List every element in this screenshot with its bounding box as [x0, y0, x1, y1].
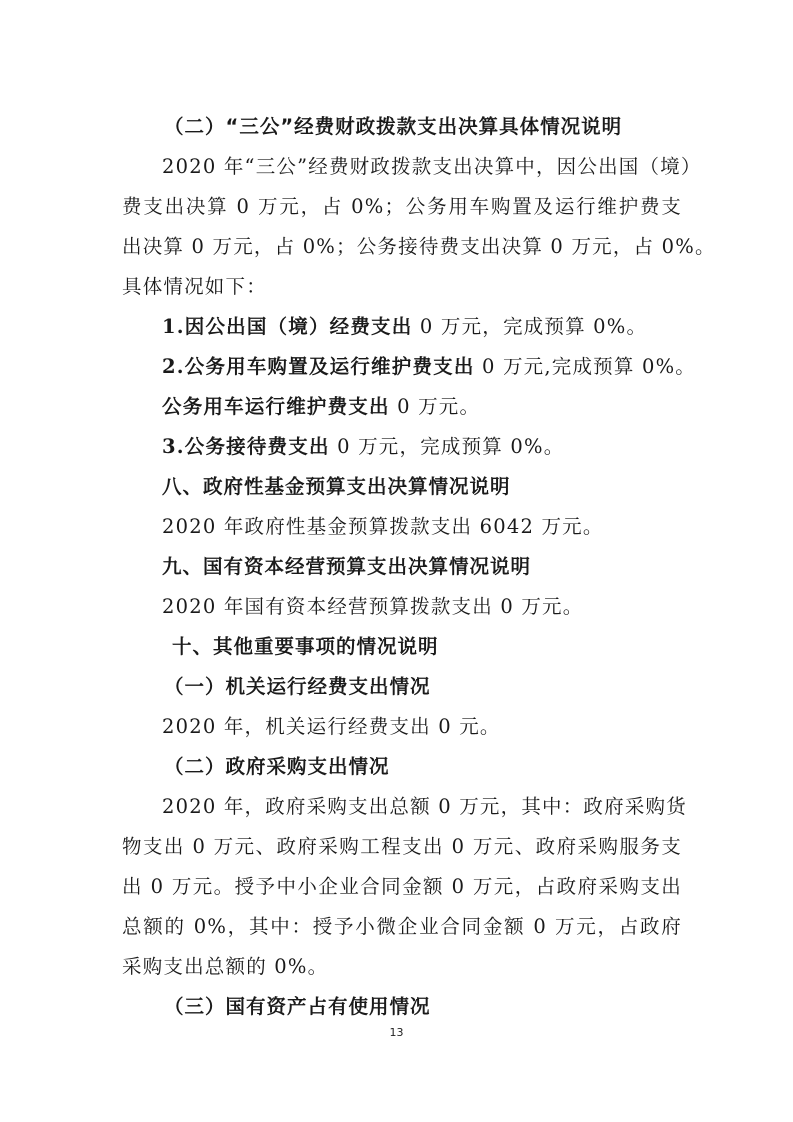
item-value: 0 万元。 [390, 395, 481, 418]
section-heading: 十、其他重要事项的情况说明 [172, 627, 682, 667]
paragraph-line: 2020 年政府性基金预算拨款支出 6042 万元。 [162, 507, 682, 547]
paragraph-line: 出决算 0 万元，占 0%；公务接待费支出决算 0 万元，占 0%。 [122, 227, 682, 267]
paragraph-line: 物支出 0 万元、政府采购工程支出 0 万元、政府采购服务支 [122, 827, 682, 867]
item-value: 0 万元,完成预算 0%。 [475, 355, 696, 378]
section-heading: 九、国有资本经营预算支出决算情况说明 [162, 547, 682, 587]
item-label: 3.公务接待费支出 [162, 435, 330, 458]
paragraph-line: 公务用车运行维护费支出 0 万元。 [162, 387, 682, 427]
section-heading: （二）政府采购支出情况 [164, 747, 682, 787]
item-label: 2.公务用车购置及运行维护费支出 [162, 355, 475, 378]
paragraph-line: 2020 年，机关运行经费支出 0 元。 [162, 707, 682, 747]
item-value: 0 万元，完成预算 0%。 [330, 435, 565, 458]
paragraph-line: 2020 年，政府采购支出总额 0 万元，其中：政府采购货 [162, 787, 682, 827]
section-heading: （一）机关运行经费支出情况 [164, 667, 682, 707]
paragraph-line: 总额的 0%，其中：授予小微企业合同金额 0 万元，占政府 [122, 907, 682, 947]
paragraph-line: 3.公务接待费支出 0 万元，完成预算 0%。 [162, 427, 682, 467]
section-heading: （二）“三公”经费财政拨款支出决算具体情况说明 [164, 107, 682, 147]
page-number: 13 [0, 1026, 793, 1039]
paragraph-line: 采购支出总额的 0%。 [122, 947, 682, 987]
paragraph-line: 费支出决算 0 万元，占 0%；公务用车购置及运行维护费支 [122, 187, 682, 227]
item-value: 0 万元，完成预算 0%。 [412, 315, 647, 338]
section-heading: （三）国有资产占有使用情况 [164, 987, 682, 1027]
section-heading: 八、政府性基金预算支出决算情况说明 [162, 467, 682, 507]
document-page: （二）“三公”经费财政拨款支出决算具体情况说明2020 年“三公”经费财政拨款支… [0, 0, 793, 1122]
paragraph-line: 2.公务用车购置及运行维护费支出 0 万元,完成预算 0%。 [162, 347, 682, 387]
item-label: 1.因公出国（境）经费支出 [162, 315, 412, 338]
paragraph-line: 1.因公出国（境）经费支出 0 万元，完成预算 0%。 [162, 307, 682, 347]
paragraph-line: 2020 年国有资本经营预算拨款支出 0 万元。 [162, 587, 682, 627]
paragraph-line: 具体情况如下： [122, 267, 682, 307]
paragraph-line: 2020 年“三公”经费财政拨款支出决算中，因公出国（境） [162, 147, 682, 187]
paragraph-line: 出 0 万元。授予中小企业合同金额 0 万元，占政府采购支出 [122, 867, 682, 907]
item-label: 公务用车运行维护费支出 [162, 395, 390, 418]
